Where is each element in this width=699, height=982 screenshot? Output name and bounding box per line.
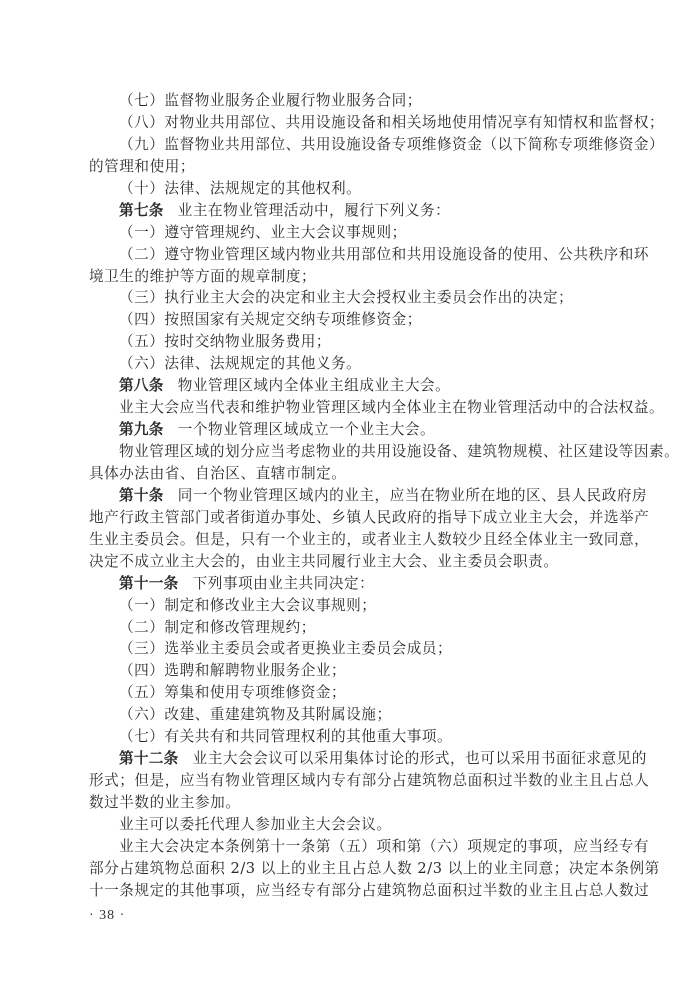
line-text: 十一条规定的其他事项，应当经专有部分占建筑物总面积过半数的业主且占总人数过 [89, 882, 649, 899]
continuation-line: 十一条规定的其他事项，应当经专有部分占建筑物总面积过半数的业主且占总人数过 [89, 880, 613, 902]
article-heading: 第十一条 [119, 575, 179, 592]
line-text: （八）对物业共用部位、共用设施设备和相关场地使用情况享有知情权和监督权； [119, 114, 664, 131]
line-text: （三）执行业主大会的决定和业主大会授权业主委员会作出的决定； [119, 289, 573, 306]
list-item: （四）选聘和解聘物业服务企业； [89, 660, 613, 682]
list-item: （三）执行业主大会的决定和业主大会授权业主委员会作出的决定； [89, 287, 613, 309]
line-text: 生业主委员会。但是，只有一个业主的，或者业主人数较少且经全体业主一致同意， [89, 531, 649, 548]
line-text: 形式；但是，应当有物业管理区域内专有部分占建筑物总面积过半数的业主且占总人 [89, 772, 649, 789]
list-item: 业主大会应当代表和维护物业管理区域内全体业主在物业管理活动中的合法权益。 [89, 397, 613, 419]
article-heading: 第八条 [119, 377, 164, 394]
line-text: 地产行政主管部门或者街道办事处、乡镇人民政府的指导下成立业主大会，并选举产 [89, 509, 649, 526]
line-text: 数过半数的业主参加。 [89, 794, 240, 811]
line-text: 境卫生的维护等方面的规章制度； [89, 268, 316, 285]
line-text: 具体办法由省、自治区、直辖市制定。 [89, 465, 346, 482]
line-text: 下列事项由业主共同决定： [193, 575, 375, 592]
line-text: （二）遵守物业管理区域内物业共用部位和共用设施设备的使用、公共秩序和环 [119, 246, 649, 263]
line-text: （二）制定和修改管理规约； [119, 619, 316, 636]
article-line: 第七条业主在物业管理活动中，履行下列义务： [89, 200, 613, 222]
line-text: （四）选聘和解聘物业服务企业； [119, 662, 346, 679]
line-text: （五）按时交纳物业服务费用； [119, 333, 331, 350]
list-item: （五）筹集和使用专项维修资金； [89, 682, 613, 704]
line-text: 业主可以委托代理人参加业主大会会议。 [119, 816, 392, 833]
list-item: （八）对物业共用部位、共用设施设备和相关场地使用情况享有知情权和监督权； [89, 112, 613, 134]
line-text: 业主大会应当代表和维护物业管理区域内全体业主在物业管理活动中的合法权益。 [119, 399, 664, 416]
article-line: 第九条一个物业管理区域成立一个业主大会。 [89, 419, 613, 441]
continuation-line: 形式；但是，应当有物业管理区域内专有部分占建筑物总面积过半数的业主且占总人 [89, 770, 613, 792]
list-item: （五）按时交纳物业服务费用； [89, 331, 613, 353]
line-text: （六）法律、法规规定的其他义务。 [119, 355, 361, 372]
line-text: 一个物业管理区域成立一个业主大会。 [178, 421, 435, 438]
continuation-line: 部分占建筑物总面积 2/3 以上的业主且占总人数 2/3 以上的业主同意；决定本… [89, 858, 613, 880]
list-item: （一）制定和修改业主大会议事规则； [89, 595, 613, 617]
article-line: 第八条物业管理区域内全体业主组成业主大会。 [89, 375, 613, 397]
line-text: 业主大会决定本条例第十一条第（五）项和第（六）项规定的事项，应当经专有 [119, 838, 649, 855]
article-heading: 第十二条 [119, 750, 179, 767]
line-text: （一）制定和修改业主大会议事规则； [119, 597, 376, 614]
list-item: （九）监督物业共用部位、共用设施设备专项维修资金（以下简称专项维修资金） [89, 134, 613, 156]
list-item: 业主大会决定本条例第十一条第（五）项和第（六）项规定的事项，应当经专有 [89, 836, 613, 858]
list-item: （六）改建、重建建筑物及其附属设施； [89, 704, 613, 726]
line-text: （三）选举业主委员会或者更换业主委员会成员； [119, 640, 452, 657]
line-text: 的管理和使用； [89, 158, 195, 175]
continuation-line: 决定不成立业主大会的，由业主共同履行业主大会、业主委员会职责。 [89, 551, 613, 573]
list-item: （四）按照国家有关规定交纳专项维修资金； [89, 309, 613, 331]
line-text: 物业管理区域的划分应当考虑物业的共用设施设备、建筑物规模、社区建设等因素。 [119, 443, 679, 460]
line-text: （一）遵守管理规约、业主大会议事规则； [119, 224, 407, 241]
list-item: （十）法律、法规规定的其他权利。 [89, 178, 613, 200]
line-text: （四）按照国家有关规定交纳专项维修资金； [119, 311, 422, 328]
line-text: （九）监督物业共用部位、共用设施设备专项维修资金（以下简称专项维修资金） [119, 136, 664, 153]
continuation-line: 数过半数的业主参加。 [89, 792, 613, 814]
page-number: · 38 · [89, 908, 125, 924]
continuation-line: 具体办法由省、自治区、直辖市制定。 [89, 463, 613, 485]
list-item: （一）遵守管理规约、业主大会议事规则； [89, 222, 613, 244]
list-item: （三）选举业主委员会或者更换业主委员会成员； [89, 638, 613, 660]
continuation-line: 生业主委员会。但是，只有一个业主的，或者业主人数较少且经全体业主一致同意， [89, 529, 613, 551]
article-heading: 第九条 [119, 421, 164, 438]
list-item: （六）法律、法规规定的其他义务。 [89, 353, 613, 375]
continuation-line: 的管理和使用； [89, 156, 613, 178]
article-line: 第十一条下列事项由业主共同决定： [89, 573, 613, 595]
line-text: （十）法律、法规规定的其他权利。 [119, 180, 361, 197]
continuation-line: 地产行政主管部门或者街道办事处、乡镇人民政府的指导下成立业主大会，并选举产 [89, 507, 613, 529]
line-text: 物业管理区域内全体业主组成业主大会。 [178, 377, 451, 394]
line-text: （七）有关共有和共同管理权利的其他重大事项。 [119, 728, 452, 745]
document-page-body: （七）监督物业服务企业履行物业服务合同；（八）对物业共用部位、共用设施设备和相关… [89, 90, 613, 902]
list-item: （七）监督物业服务企业履行物业服务合同； [89, 90, 613, 112]
article-heading: 第七条 [119, 202, 164, 219]
line-text: 同一个物业管理区域内的业主，应当在物业所在地的区、县人民政府房 [178, 487, 647, 504]
line-text: （七）监督物业服务企业履行物业服务合同； [119, 92, 422, 109]
list-item: （二）遵守物业管理区域内物业共用部位和共用设施设备的使用、公共秩序和环 [89, 244, 613, 266]
list-item: （七）有关共有和共同管理权利的其他重大事项。 [89, 726, 613, 748]
article-heading: 第十条 [119, 487, 164, 504]
list-item: 业主可以委托代理人参加业主大会会议。 [89, 814, 613, 836]
line-text: 业主大会会议可以采用集体讨论的形式，也可以采用书面征求意见的 [193, 750, 647, 767]
article-line: 第十条同一个物业管理区域内的业主，应当在物业所在地的区、县人民政府房 [89, 485, 613, 507]
continuation-line: 境卫生的维护等方面的规章制度； [89, 266, 613, 288]
line-text: （五）筹集和使用专项维修资金； [119, 684, 346, 701]
line-text: 决定不成立业主大会的，由业主共同履行业主大会、业主委员会职责。 [89, 553, 558, 570]
line-text: 部分占建筑物总面积 2/3 以上的业主且占总人数 2/3 以上的业主同意；决定本… [89, 860, 660, 877]
article-line: 第十二条业主大会会议可以采用集体讨论的形式，也可以采用书面征求意见的 [89, 748, 613, 770]
list-item: （二）制定和修改管理规约； [89, 617, 613, 639]
line-text: 业主在物业管理活动中，履行下列义务： [178, 202, 451, 219]
line-text: （六）改建、重建建筑物及其附属设施； [119, 706, 392, 723]
list-item: 物业管理区域的划分应当考虑物业的共用设施设备、建筑物规模、社区建设等因素。 [89, 441, 613, 463]
